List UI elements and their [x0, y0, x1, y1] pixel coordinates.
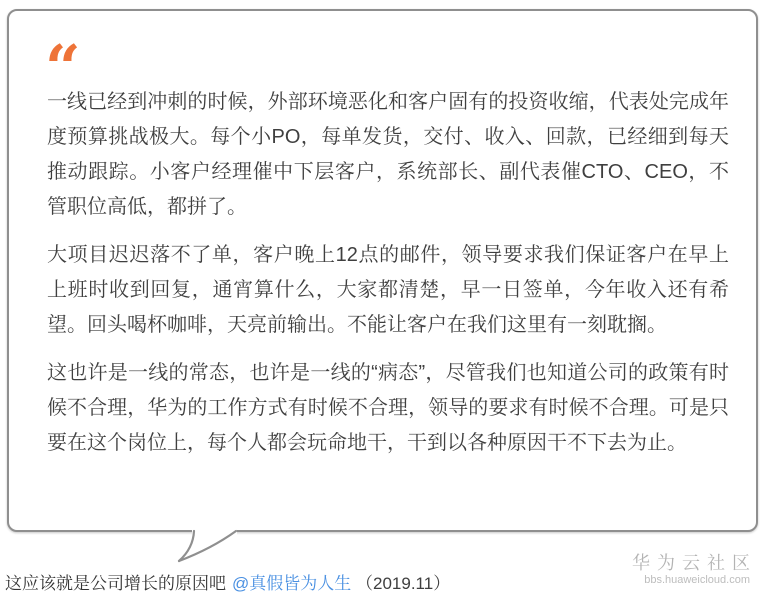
- quote-paragraph: 一线已经到冲刺的时候，外部环境恶化和客户固有的投资收缩，代表处完成年度预算挑战极…: [47, 85, 729, 225]
- watermark-url: bbs.huaweicloud.com: [632, 574, 750, 588]
- caption-text: 这应该就是公司增长的原因吧: [5, 574, 226, 593]
- quote-paragraph: 这也许是一线的常态，也许是一线的“病态”，尽管我们也知道公司的政策有时候不合理，…: [47, 356, 729, 461]
- speech-bubble: “ 一线已经到冲刺的时候，外部环境恶化和客户固有的投资收缩，代表处完成年度预算挑…: [7, 9, 758, 532]
- caption-date: （2019.11）: [356, 574, 450, 593]
- watermark-title: 华为云社区: [632, 552, 757, 575]
- quote-card-page: “ 一线已经到冲刺的时候，外部环境恶化和客户固有的投资收缩，代表处完成年度预算挑…: [0, 0, 766, 598]
- author-handle-link[interactable]: @真假皆为人生: [232, 574, 351, 593]
- watermark: 华为云社区 bbs.huaweicloud.com: [632, 552, 750, 588]
- quote-text-block: 一线已经到冲刺的时候，外部环境恶化和客户固有的投资收缩，代表处完成年度预算挑战极…: [47, 85, 729, 474]
- caption-line: 这应该就是公司增长的原因吧@真假皆为人生 （2019.11）: [5, 569, 450, 594]
- quote-paragraph: 大项目迟迟落不了单，客户晚上12点的邮件，领导要求我们保证客户在早上上班时收到回…: [47, 238, 729, 343]
